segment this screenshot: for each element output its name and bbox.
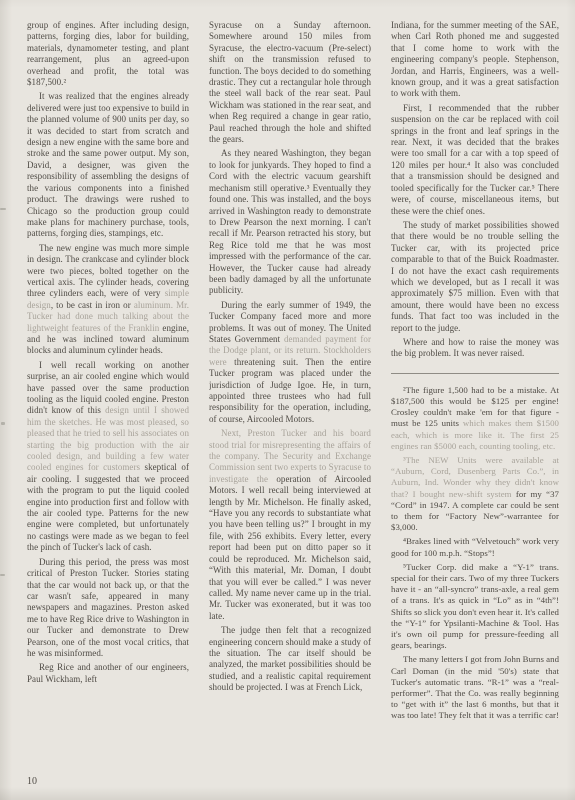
scan-artifact-mark [0, 208, 6, 210]
body-paragraph: The judge then felt that a recognized en… [209, 625, 371, 693]
body-paragraph: group of engines. After including design… [27, 20, 189, 88]
footnote-paragraph: The many letters I got from John Burns a… [391, 654, 559, 721]
text-segment: As they neared Washington, they began to… [209, 148, 371, 295]
body-paragraph: Syracuse on a Sunday afternoon. Somewher… [209, 20, 371, 145]
text-columns: group of engines. After including design… [27, 20, 559, 725]
body-paragraph: Where and how to raise the money was the… [391, 337, 559, 360]
text-segment: group of engines. After including design… [27, 20, 189, 87]
text-segment: threatening suit. Then the entire Tucker… [209, 357, 371, 424]
text-segment: skeptical of air cooling. I suggested th… [27, 462, 189, 552]
body-paragraph: I well recall working on another surpris… [27, 360, 189, 554]
body-paragraph: During the early summer of 1949, the Tuc… [209, 300, 371, 425]
footnote-paragraph: ²The figure 1,500 had to be a mistake. A… [391, 385, 559, 452]
text-segment: The many letters I got from John Burns a… [391, 654, 559, 720]
book-page: group of engines. After including design… [0, 0, 575, 800]
text-segment: Reg Rice and another of our engineers, P… [27, 662, 189, 683]
text-segment: During this period, the press was most c… [27, 557, 189, 658]
text-segment: First, I recommended that the rubber sus… [391, 103, 559, 216]
text-segment: It was realized that the engines already… [27, 91, 189, 238]
column-right: Indiana, for the summer meeting of the S… [391, 20, 559, 725]
text-segment: The judge then felt that a recognized en… [209, 625, 371, 692]
text-segment: Syracuse on a Sunday afternoon. Somewher… [209, 20, 371, 144]
text-segment: The study of market possibilities showed… [391, 220, 559, 333]
scan-artifact-mark [0, 574, 5, 576]
body-paragraph: As they neared Washington, they began to… [209, 148, 371, 296]
text-segment: Where and how to raise the money was the… [391, 337, 559, 358]
body-paragraph: The study of market possibilities showed… [391, 220, 559, 334]
footnote-separator-rule [391, 373, 559, 374]
body-paragraph: Next, Preston Tucker and his board stood… [209, 428, 371, 622]
body-paragraph: It was realized that the engines already… [27, 91, 189, 239]
body-paragraph: Reg Rice and another of our engineers, P… [27, 662, 189, 685]
page-number: 10 [27, 776, 37, 787]
text-segment: , to be cast in iron or [51, 300, 134, 310]
footnote-paragraph: ⁴Brakes lined with “Velvetouch” work ver… [391, 536, 559, 558]
text-segment: operation of Aircooled Motors. I well re… [209, 474, 371, 621]
body-paragraph: During this period, the press was most c… [27, 557, 189, 660]
footnote-paragraph: ⁵Tucker Corp. did make a “Y-1” trans. sp… [391, 562, 559, 652]
body-paragraph: First, I recommended that the rubber sus… [391, 103, 559, 217]
text-segment: Indiana, for the summer meeting of the S… [391, 20, 559, 98]
scan-artifact-mark [1, 422, 5, 425]
text-segment: ⁴Brakes lined with “Velvetouch” work ver… [391, 536, 559, 557]
body-paragraph: The new engine was much more simple in d… [27, 243, 189, 357]
body-paragraph: Indiana, for the summer meeting of the S… [391, 20, 559, 100]
column-left: group of engines. After including design… [27, 20, 189, 725]
text-segment: ⁵Tucker Corp. did make a “Y-1” trans. sp… [391, 562, 559, 650]
footnote-paragraph: ³The NEW Units were available at “Auburn… [391, 455, 559, 533]
column-center: Syracuse on a Sunday afternoon. Somewher… [209, 20, 371, 725]
